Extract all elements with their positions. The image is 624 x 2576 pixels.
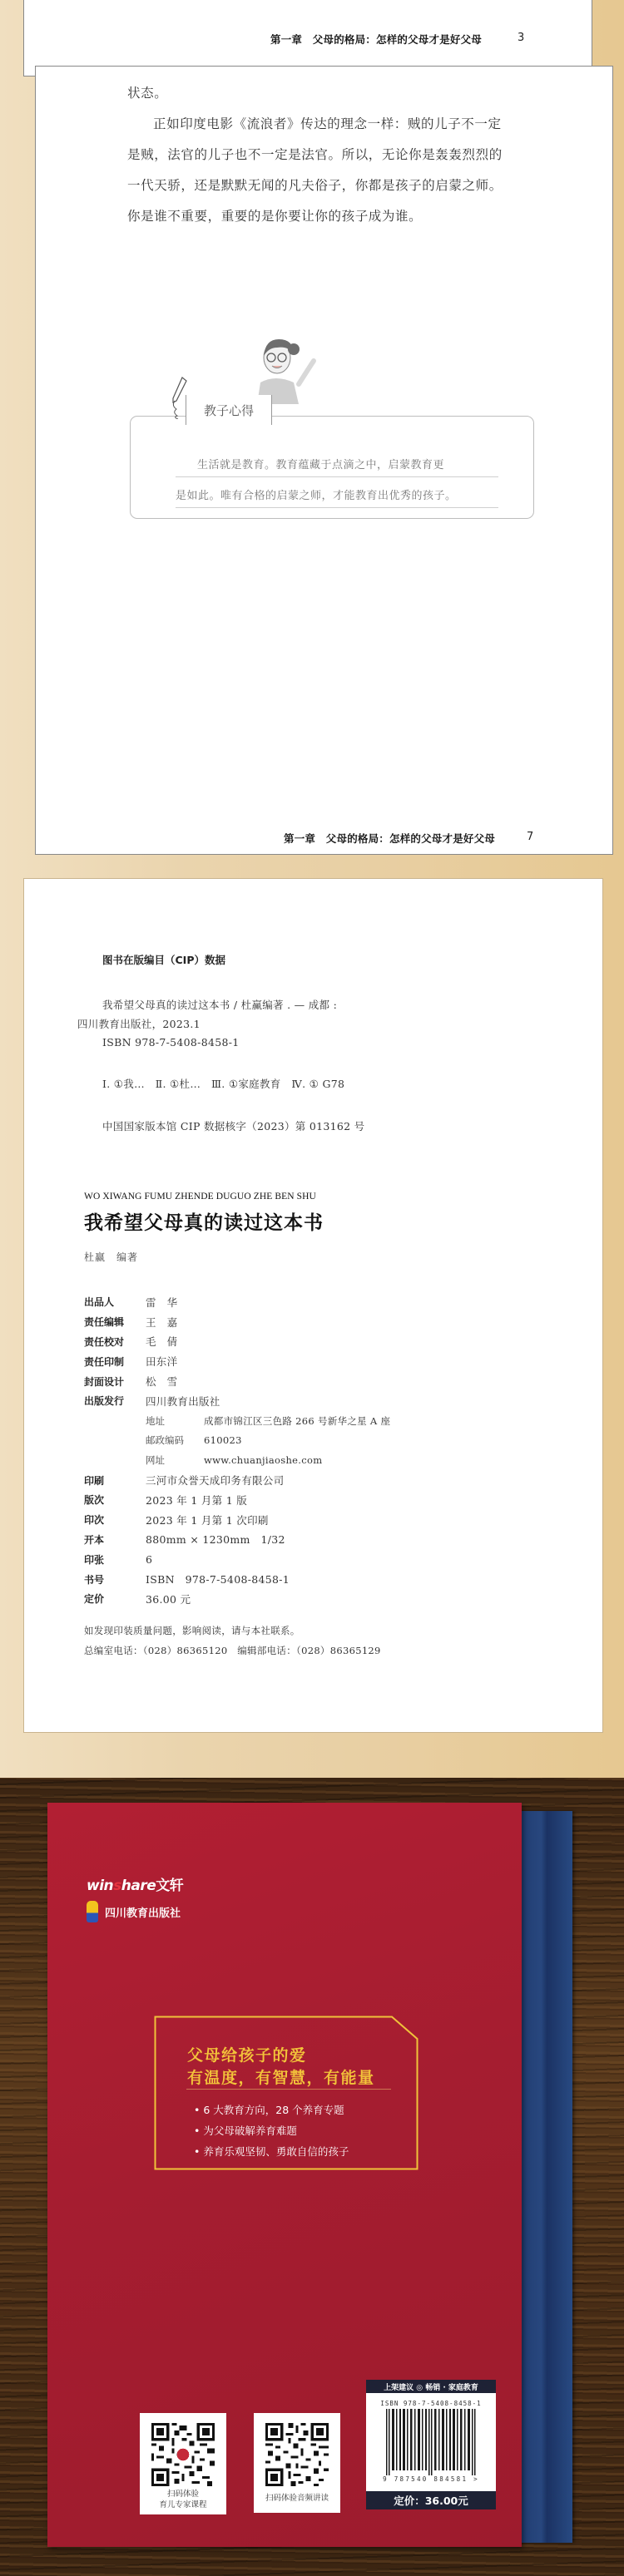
quality-notice: 如发现印装质量问题，影响阅读，请与本社联系。 bbox=[84, 1624, 300, 1637]
cip-line: ISBN 978-7-5408-8458-1 bbox=[102, 1036, 239, 1049]
detail-label: 网址 bbox=[146, 1453, 204, 1467]
credit-value: 雷 华 bbox=[146, 1295, 177, 1310]
copyright-page: 图书在版编目（CIP）数据 我希望父母真的读过这本书 / 杜赢编著 . — 成都… bbox=[23, 878, 603, 1733]
page-number: 7 bbox=[527, 831, 533, 843]
qr-card-course[interactable]: 扫码体验育儿专家课程 bbox=[140, 2413, 226, 2514]
running-head: 第一章 父母的格局：怎样的父母才是好父母 bbox=[284, 831, 495, 846]
credit-label: 责任编辑 bbox=[84, 1315, 146, 1329]
credit-label: 出版发行 bbox=[84, 1394, 146, 1408]
print-info-row: 书号ISBN 978-7-5408-8458-1 bbox=[84, 1569, 550, 1589]
promo-bullet: 为父母破解养育难题 bbox=[194, 2123, 297, 2138]
print-value: 2023 年 1 月第 1 版 bbox=[146, 1493, 247, 1508]
print-label: 版次 bbox=[84, 1493, 146, 1507]
credit-row: 封面设计松 雪 bbox=[84, 1371, 550, 1391]
barcode-isbn: ISBN 978-7-5408-8458-1 bbox=[366, 2400, 496, 2407]
text-line: 一代天骄，还是默默无闻的凡夫俗子，你都是孩子的启蒙之师。 bbox=[127, 170, 518, 201]
book-title: 我希望父母真的读过这本书 bbox=[84, 1207, 324, 1235]
shelf-suggestion: 上架建议 ◎ 畅销 · 家庭教育 bbox=[366, 2380, 496, 2393]
publisher-name: 四川教育出版社 bbox=[105, 1904, 181, 1920]
credit-row: 出品人雷 华 bbox=[84, 1292, 550, 1312]
divider bbox=[186, 2089, 391, 2090]
print-value: 880mm × 1230mm 1/32 bbox=[146, 1532, 285, 1547]
credit-label: 责任校对 bbox=[84, 1335, 146, 1349]
print-info-row: 版次2023 年 1 月第 1 版 bbox=[84, 1490, 550, 1510]
qr-code-icon[interactable] bbox=[265, 2423, 329, 2486]
detail-value: 610023 bbox=[204, 1434, 242, 1446]
text-line: 你是谁不重要，重要的是你要让你的孩子成为谁。 bbox=[127, 201, 518, 232]
detail-label: 地址 bbox=[146, 1414, 204, 1428]
credit-value: 王 嘉 bbox=[146, 1315, 177, 1330]
credit-value: 田东洋 bbox=[146, 1354, 177, 1369]
page-number: 3 bbox=[518, 32, 524, 44]
print-value: 三河市众誉天成印务有限公司 bbox=[146, 1473, 284, 1488]
publisher-mark-icon bbox=[87, 1901, 98, 1922]
print-value: ISBN 978-7-5408-8458-1 bbox=[146, 1572, 290, 1587]
cip-line: Ⅰ. ①我… Ⅱ. ①杜… Ⅲ. ①家庭教育 Ⅳ. ① G78 bbox=[102, 1076, 344, 1091]
credit-value: 毛 倩 bbox=[146, 1334, 177, 1349]
detail-value: 成都市锦江区三色路 266 号新华之星 A 座 bbox=[204, 1414, 390, 1428]
tip-label: 教子心得 bbox=[204, 402, 254, 419]
publisher-detail-row: 地址成都市锦江区三色路 266 号新华之星 A 座 bbox=[84, 1411, 550, 1431]
credit-label: 出品人 bbox=[84, 1295, 146, 1309]
publisher-logo: 四川教育出版社 bbox=[87, 1901, 181, 1922]
print-label: 印次 bbox=[84, 1513, 146, 1527]
book-page-7: 状态。 正如印度电影《流浪者》传达的理念一样：贼的儿子不一定 是贼，法官的儿子也… bbox=[35, 66, 613, 855]
detail-value: www.chuanjiaoshe.com bbox=[204, 1454, 322, 1466]
print-info-row: 印次2023 年 1 月第 1 次印刷 bbox=[84, 1510, 550, 1530]
qr-caption: 扫码体验育儿专家课程 bbox=[159, 2489, 206, 2510]
book-spine bbox=[516, 1811, 572, 2543]
print-value: 36.00 元 bbox=[146, 1591, 191, 1606]
qr-code-icon[interactable] bbox=[151, 2423, 215, 2486]
winshare-logo: winshare文轩 bbox=[87, 1873, 183, 1894]
running-head: 第一章 父母的格局：怎样的父母才是好父母 bbox=[270, 32, 482, 47]
credit-row: 出版发行四川教育出版社 bbox=[84, 1391, 550, 1411]
print-info-row: 定价36.00 元 bbox=[84, 1589, 550, 1609]
promo-bullet: 养育乐观坚韧、勇敢自信的孩子 bbox=[194, 2144, 349, 2159]
promo-bullet: 6 大教育方向，28 个养育专题 bbox=[194, 2102, 344, 2117]
credit-value: 松 雪 bbox=[146, 1374, 177, 1389]
text-line: 正如印度电影《流浪者》传达的理念一样：贼的儿子不一定 bbox=[127, 109, 518, 140]
print-label: 开本 bbox=[84, 1532, 146, 1547]
body-text: 状态。 正如印度电影《流浪者》传达的理念一样：贼的儿子不一定 是贼，法官的儿子也… bbox=[127, 78, 518, 232]
detail-label: 邮政编码 bbox=[146, 1434, 204, 1447]
barcode-digits: 9 787540 884581 > bbox=[366, 2475, 496, 2483]
print-label: 定价 bbox=[84, 1591, 146, 1606]
credit-row: 责任印制田东洋 bbox=[84, 1351, 550, 1371]
pinyin-title: WO XIWANG FUMU ZHENDE DUGUO ZHE BEN SHU bbox=[84, 1192, 316, 1202]
phone-numbers: 总编室电话：（028）86365120 编辑部电话：（028）86365129 bbox=[84, 1644, 381, 1657]
barcode-icon bbox=[381, 2409, 481, 2475]
qr-card-audio[interactable]: 扫码体验音频讲读 bbox=[254, 2413, 340, 2513]
print-info-row: 印张6 bbox=[84, 1549, 550, 1569]
cip-line: 我希望父母真的读过这本书 / 杜赢编著 . — 成都 : bbox=[102, 997, 337, 1012]
credit-row: 责任编辑王 嘉 bbox=[84, 1312, 550, 1332]
qr-caption: 扫码体验音频讲读 bbox=[265, 2493, 329, 2504]
cip-title: 图书在版编目（CIP）数据 bbox=[102, 952, 225, 967]
text-line: 状态。 bbox=[127, 78, 518, 109]
print-label: 印张 bbox=[84, 1552, 146, 1567]
barcode-panel: 上架建议 ◎ 畅销 · 家庭教育 ISBN 978-7-5408-8458-1 … bbox=[366, 2380, 496, 2509]
author-line: 杜赢 编著 bbox=[84, 1250, 138, 1264]
credit-label: 封面设计 bbox=[84, 1374, 146, 1389]
print-info-row: 印刷三河市众誉天成印务有限公司 bbox=[84, 1470, 550, 1490]
cover-price: 定价：36.00元 bbox=[366, 2491, 496, 2509]
cip-line: 中国国家版本馆 CIP 数据核字（2023）第 013162 号 bbox=[102, 1118, 364, 1133]
print-value: 2023 年 1 月第 1 次印刷 bbox=[146, 1513, 269, 1527]
text-line: 是贼，法官的儿子也不一定是法官。所以，无论你是轰轰烈烈的 bbox=[127, 140, 518, 170]
print-label: 书号 bbox=[84, 1572, 146, 1587]
print-label: 印刷 bbox=[84, 1473, 146, 1488]
credits-list: 出品人雷 华 责任编辑王 嘉 责任校对毛 倩 责任印制田东洋 封面设计松 雪 出… bbox=[84, 1292, 550, 1609]
print-info-row: 开本880mm × 1230mm 1/32 bbox=[84, 1530, 550, 1550]
cip-line: 四川教育出版社，2023.1 bbox=[77, 1016, 201, 1031]
promo-headline: 父母给孩子的爱 bbox=[187, 2043, 307, 2065]
print-value: 6 bbox=[146, 1553, 152, 1566]
tip-line: 是如此。唯有合格的启蒙之师，才能教育出优秀的孩子。 bbox=[176, 486, 498, 508]
teacher-illustration-icon bbox=[227, 333, 327, 404]
credit-label: 责任印制 bbox=[84, 1355, 146, 1369]
tip-line: 生活就是教育。教育蕴藏于点滴之中，启蒙教育更 bbox=[176, 456, 498, 477]
credit-value: 四川教育出版社 bbox=[146, 1394, 220, 1409]
credit-row: 责任校对毛 倩 bbox=[84, 1332, 550, 1352]
promo-headline: 有温度，有智慧，有能量 bbox=[187, 2065, 375, 2088]
tip-label-tab: 教子心得 bbox=[186, 395, 272, 425]
publisher-detail-row: 网址www.chuanjiaoshe.com bbox=[84, 1450, 550, 1470]
publisher-detail-row: 邮政编码610023 bbox=[84, 1431, 550, 1451]
